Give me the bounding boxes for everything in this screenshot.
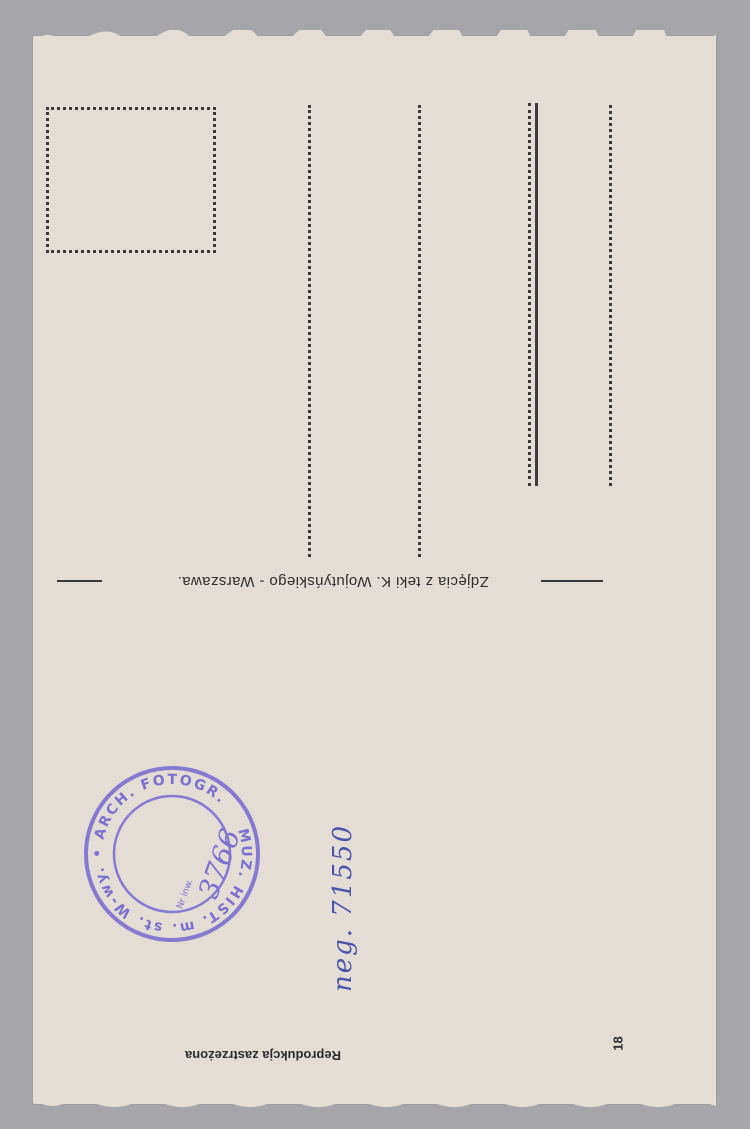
stamp-placement-box: [46, 107, 216, 253]
address-line-2: [418, 105, 421, 557]
reproduction-notice: Reprodukcja zastrzeżona: [133, 1048, 393, 1063]
photo-credit: Zdjęcia z teki K. Wojutyńskiego - Warsza…: [123, 573, 543, 590]
deckle-edge-bottom: [33, 1098, 716, 1110]
address-line-3: [528, 103, 531, 486]
deckle-edge-top: [33, 30, 716, 42]
handwritten-negative-number: neg. 71550: [328, 808, 358, 1008]
address-line-4: [609, 105, 612, 486]
address-line-3-solid: [535, 103, 538, 486]
address-line-1: [308, 105, 311, 557]
divider-right: [541, 580, 603, 582]
divider-left: [57, 580, 102, 582]
inventory-number: 3766: [192, 825, 247, 903]
page-number: 18: [611, 1029, 626, 1059]
